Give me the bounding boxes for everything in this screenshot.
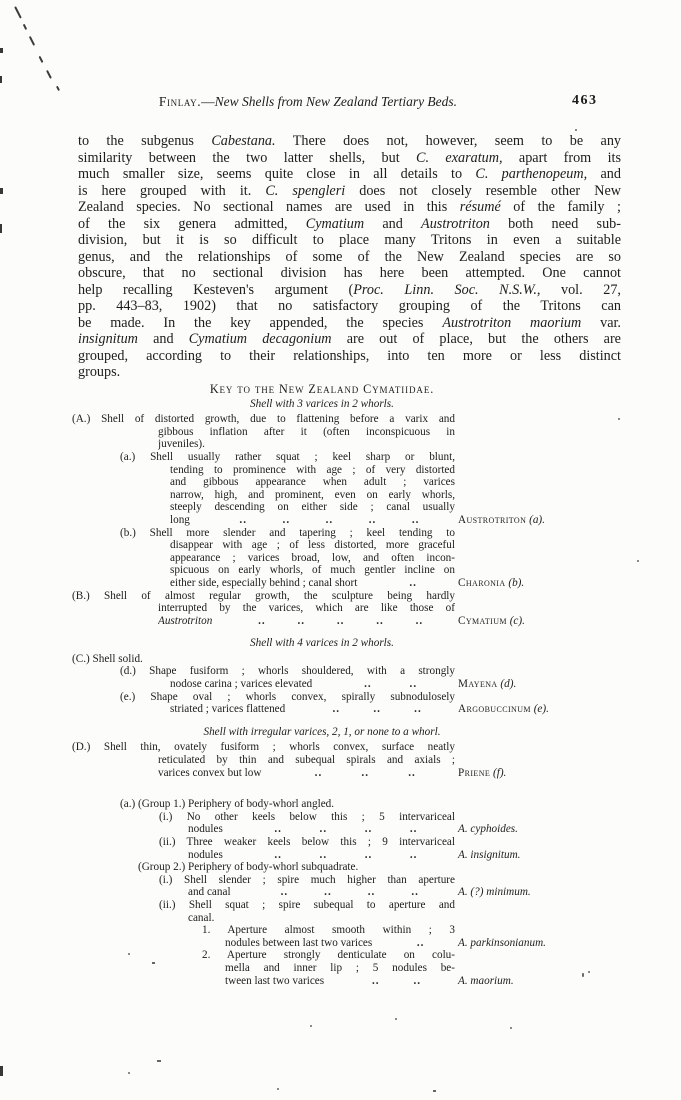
key-entry-body: (Group 2.) Periphery of body-whorl subqu… bbox=[72, 861, 455, 874]
key-line-text: (a.) (Group 1.) Periphery of body-whorl … bbox=[120, 798, 334, 811]
key-entry: (ii.) Shell squat ; spire subequal to ap… bbox=[72, 899, 620, 924]
taxon-name: A. cyphoides. bbox=[458, 823, 518, 836]
key-line: Austrotriton.......... bbox=[158, 615, 455, 628]
key-line: (Group 2.) Periphery of body-whorl subqu… bbox=[138, 861, 455, 874]
text: tween last two varices bbox=[225, 975, 324, 987]
key-entry: (i.) No other keels below this ; 5 inter… bbox=[72, 811, 620, 836]
key-line: nodules........ bbox=[188, 823, 455, 836]
leader-dot-pair: .. bbox=[365, 823, 373, 836]
leader-dot-pair: .. bbox=[364, 678, 372, 691]
scan-edge-mark bbox=[0, 188, 3, 194]
leader-dot-pair: .. bbox=[417, 937, 425, 950]
taxon-genus: Charonia bbox=[458, 577, 506, 589]
key-line: nodules........ bbox=[188, 849, 455, 862]
leader-dot-pair: .. bbox=[274, 849, 282, 862]
key-entry-body: 2. Aperture strongly denticulate on colu… bbox=[72, 949, 455, 987]
text: (Group 2.) Periphery of body-whorl subqu… bbox=[138, 861, 358, 873]
key-line: (a.) (Group 1.) Periphery of body-whorl … bbox=[120, 798, 455, 811]
scan-speck bbox=[128, 1072, 130, 1074]
text: reticulated by thin and subequal spirals… bbox=[158, 754, 455, 766]
key-entry-body: (i.) No other keels below this ; 5 inter… bbox=[72, 811, 455, 836]
text: both need sub- bbox=[490, 216, 621, 232]
leader-dot-pair: .. bbox=[337, 615, 345, 628]
key-entry: (Group 2.) Periphery of body-whorl subqu… bbox=[72, 861, 620, 874]
leader-dot-pair: .. bbox=[373, 703, 381, 716]
text: gibbous inflation after it (often incons… bbox=[158, 426, 455, 438]
key-entry-body: (ii.) Three weaker keels below this ; 9 … bbox=[72, 836, 455, 861]
key-subtitle: Shell with irregular varices, 2, 1, or n… bbox=[72, 726, 572, 739]
text: (ii.) Three weaker keels below this ; 9 … bbox=[159, 836, 455, 848]
scan-speck bbox=[310, 1025, 312, 1027]
paragraph-line: Zealand species. No sectional names are … bbox=[78, 199, 621, 216]
taxon-name: Mayena (d). bbox=[458, 678, 516, 691]
key-line: 2. Aperture strongly denticulate on colu… bbox=[202, 949, 455, 962]
leader-dots: ........ bbox=[245, 886, 455, 899]
leader-dot-pair: .. bbox=[408, 767, 416, 780]
text: to the subgenus bbox=[78, 133, 211, 149]
leader-dot-pair: .. bbox=[376, 615, 384, 628]
text: genus, and the relationships of some of … bbox=[78, 249, 621, 265]
text: (i.) No other keels below this ; 5 inter… bbox=[159, 811, 455, 823]
taxonomic-key: Key to the New Zealand Cymatiidae. Shell… bbox=[72, 383, 620, 987]
text: (a.) (Group 1.) Periphery of body-whorl … bbox=[120, 798, 334, 810]
key-line: steeply descending on either side ; cana… bbox=[170, 501, 455, 514]
taxon-genus: Austrotriton bbox=[458, 514, 526, 526]
taxon-name: A. (?) minimum. bbox=[458, 886, 531, 899]
italic-text: C. parthenopeum, bbox=[475, 166, 587, 182]
key-line: and canal........ bbox=[188, 886, 455, 899]
leader-dot-pair: .. bbox=[315, 767, 323, 780]
key-line: tween last two varices.... bbox=[225, 975, 455, 988]
italic-text: Cabestana. bbox=[211, 133, 275, 149]
key-subtitle: Shell with 3 varices in 2 whorls. bbox=[72, 398, 572, 411]
key-line: gibbous inflation after it (often incons… bbox=[158, 426, 455, 439]
key-line: reticulated by thin and subequal spirals… bbox=[158, 754, 455, 767]
italic-text: C. exaratum, bbox=[416, 150, 503, 166]
scan-speck bbox=[618, 418, 620, 420]
paragraph-line: pp. 443–83, 1902) that no satisfactory g… bbox=[78, 298, 621, 315]
key-line-text: nodules bbox=[188, 823, 223, 836]
key-line: narrow, high, and prominent, even on ear… bbox=[170, 489, 455, 502]
leader-dot-pair: .. bbox=[258, 615, 266, 628]
key-line: canal. bbox=[188, 912, 455, 925]
key-line: (i.) No other keels below this ; 5 inter… bbox=[159, 811, 455, 824]
leader-dots: ...... bbox=[275, 767, 455, 780]
leader-dot-pair: .. bbox=[368, 886, 376, 899]
text: var. bbox=[581, 315, 621, 331]
text: nodules bbox=[188, 823, 223, 835]
leader-dots: .. bbox=[371, 577, 455, 590]
scan-speck bbox=[128, 953, 130, 955]
text: mella and inner lip ; 5 nodules be- bbox=[225, 962, 455, 974]
italic-text: Proc. Linn. Soc. N.S.W. bbox=[353, 282, 537, 298]
key-line-text: varices convex but low bbox=[158, 767, 261, 780]
key-entry-body: (B.) Shell of almost regular growth, the… bbox=[72, 590, 455, 628]
key-line: mella and inner lip ; 5 nodules be- bbox=[225, 962, 455, 975]
key-entry-body: (ii.) Shell squat ; spire subequal to ap… bbox=[72, 899, 455, 924]
leader-dot-pair: .. bbox=[411, 886, 419, 899]
leader-dot-pair: .. bbox=[410, 849, 418, 862]
key-line-text: long bbox=[170, 514, 190, 527]
paragraph-line: of the six genera admitted, Cymatium and… bbox=[78, 216, 621, 233]
scan-speck bbox=[637, 560, 639, 562]
text: apart from its bbox=[503, 150, 621, 166]
paragraph-line: is here grouped with it. C. spengleri do… bbox=[78, 183, 621, 200]
key-line-text: either side, especially behind ; canal s… bbox=[170, 577, 357, 590]
key-entry-body: (i.) Shell slender ; spire much higher t… bbox=[72, 874, 455, 899]
key-line: (ii.) Three weaker keels below this ; 9 … bbox=[159, 836, 455, 849]
leader-dot-pair: .. bbox=[369, 514, 377, 527]
text: striated ; varices flattened bbox=[170, 703, 285, 715]
key-line-text: striated ; varices flattened bbox=[170, 703, 285, 716]
leader-dots: ........ bbox=[237, 823, 455, 836]
scan-scratch bbox=[38, 56, 43, 63]
paragraph-line: much smaller size, seems quite close in … bbox=[78, 166, 621, 183]
leader-dot-pair: .. bbox=[372, 975, 380, 988]
key-entry-body: (a.) (Group 1.) Periphery of body-whorl … bbox=[72, 798, 455, 811]
taxon-qualifier: (a). bbox=[526, 514, 545, 526]
leader-dots: ...... bbox=[299, 703, 455, 716]
key-line-text: canal. bbox=[188, 912, 214, 925]
text: narrow, high, and prominent, even on ear… bbox=[170, 489, 455, 501]
text: varices convex but low bbox=[158, 767, 261, 779]
leader-dot-pair: .. bbox=[365, 849, 373, 862]
text: (D.) Shell thin, ovately fusiform ; whor… bbox=[72, 741, 455, 753]
key-entry: (C.) Shell solid. bbox=[72, 653, 620, 666]
leader-dot-pair: .. bbox=[281, 886, 289, 899]
header-dash: — bbox=[201, 94, 215, 109]
italic-text: C. spengleri bbox=[265, 183, 345, 199]
key-line: interrupted by the varices, which are li… bbox=[158, 602, 455, 615]
text: (e.) Shape oval ; whorls convex, spirall… bbox=[120, 691, 455, 703]
key-entry: (A.) Shell of distorted growth, due to f… bbox=[72, 413, 620, 451]
scan-scratch bbox=[56, 86, 60, 91]
key-entry: (B.) Shell of almost regular growth, the… bbox=[72, 590, 620, 628]
scan-speck bbox=[582, 973, 584, 977]
text: 2. Aperture strongly denticulate on colu… bbox=[202, 949, 455, 961]
taxon-qualifier: A. cyphoides. bbox=[458, 823, 518, 835]
text: interrupted by the varices, which are li… bbox=[158, 602, 455, 614]
taxon-qualifier: (c). bbox=[507, 615, 525, 627]
scan-edge-mark bbox=[0, 224, 2, 233]
text: and bbox=[364, 216, 421, 232]
leader-dot-pair: .. bbox=[283, 514, 291, 527]
scan-scratch bbox=[46, 70, 51, 79]
scan-speck bbox=[588, 971, 590, 973]
leader-dot-pair: .. bbox=[324, 886, 332, 899]
scan-scratch bbox=[14, 6, 21, 18]
key-line-text: (C.) Shell solid. bbox=[72, 653, 143, 666]
key-line: long.......... bbox=[170, 514, 455, 527]
italic-text: Austrotriton bbox=[421, 216, 490, 232]
taxon-name: Charonia (b). bbox=[458, 577, 524, 590]
leader-dots: .. bbox=[386, 937, 455, 950]
leader-dot-pair: .. bbox=[414, 703, 422, 716]
text: and gibbous appearance when adult ; vari… bbox=[170, 476, 455, 488]
key-subtitle: Shell with 4 varices in 2 whorls. bbox=[72, 637, 572, 650]
key-line: (e.) Shape oval ; whorls convex, spirall… bbox=[120, 691, 455, 704]
key-entry: (e.) Shape oval ; whorls convex, spirall… bbox=[72, 691, 620, 716]
leader-dot-pair: .. bbox=[332, 703, 340, 716]
key-entry: (a.) Shell usually rather squat ; keel s… bbox=[72, 451, 620, 527]
scan-edge-mark bbox=[0, 48, 3, 53]
scan-speck bbox=[152, 962, 155, 964]
key-line: (ii.) Shell squat ; spire subequal to ap… bbox=[159, 899, 455, 912]
text: (i.) Shell slender ; spire much higher t… bbox=[159, 874, 455, 886]
key-line-text: juveniles). bbox=[158, 438, 205, 451]
leader-dot-pair: .. bbox=[413, 975, 421, 988]
scan-speck bbox=[510, 1027, 512, 1029]
key-entry: (D.) Shell thin, ovately fusiform ; whor… bbox=[72, 741, 620, 779]
key-entry-body: (C.) Shell solid. bbox=[72, 653, 455, 666]
key-entry-body: (D.) Shell thin, ovately fusiform ; whor… bbox=[72, 741, 455, 779]
taxon-name: Priene (f). bbox=[458, 767, 506, 780]
text: (a.) Shell usually rather squat ; keel s… bbox=[120, 451, 455, 463]
leader-dot-pair: .. bbox=[274, 823, 282, 836]
key-line-text: nodules bbox=[188, 849, 223, 862]
key-line: (A.) Shell of distorted growth, due to f… bbox=[72, 413, 455, 426]
taxon-genus: Priene bbox=[458, 767, 490, 779]
text: is here grouped with it. bbox=[78, 183, 265, 199]
scan-speck bbox=[157, 1060, 161, 1062]
taxon-genus: Mayena bbox=[458, 678, 498, 690]
taxon-qualifier: (d). bbox=[498, 678, 517, 690]
text: are out of place, but the others are bbox=[332, 331, 621, 347]
taxon-genus: Argobuccinum bbox=[458, 703, 531, 715]
text: be made. In the key appended, the specie… bbox=[78, 315, 442, 331]
paragraph-line: groups. bbox=[78, 364, 621, 381]
scan-speck bbox=[395, 1018, 397, 1020]
key-line: appearance ; varices broad, low, and oft… bbox=[170, 552, 455, 565]
text: pp. 443–83, 1902) that no satisfactory g… bbox=[78, 298, 621, 314]
taxon-qualifier: (b). bbox=[506, 577, 525, 589]
taxon-name: Argobuccinum (e). bbox=[458, 703, 549, 716]
text: nodose carina ; varices elevated bbox=[170, 678, 312, 690]
text: similarity between the two latter shells… bbox=[78, 150, 416, 166]
leader-dot-pair: .. bbox=[409, 577, 417, 590]
paragraph-line: grouped, according to their relationship… bbox=[78, 348, 621, 365]
italic-text: Austrotriton maorium bbox=[442, 315, 581, 331]
leader-dots: ........ bbox=[237, 849, 455, 862]
taxon-name: Cymatium (c). bbox=[458, 615, 525, 628]
key-entry: (d.) Shape fusiform ; whorls shouldered,… bbox=[72, 665, 620, 690]
leader-dot-pair: .. bbox=[297, 615, 305, 628]
paragraph-line: help recalling Kesteven's argument (Proc… bbox=[78, 282, 621, 299]
text: tending to prominence with age ; of very… bbox=[170, 464, 455, 476]
key-line: (a.) Shell usually rather squat ; keel s… bbox=[120, 451, 455, 464]
key-line: (D.) Shell thin, ovately fusiform ; whor… bbox=[72, 741, 455, 754]
key-line: (i.) Shell slender ; spire much higher t… bbox=[159, 874, 455, 887]
text: groups. bbox=[78, 364, 120, 380]
italic-text: Cymatium bbox=[306, 216, 364, 232]
text: nodules bbox=[188, 849, 223, 861]
text: canal. bbox=[188, 912, 214, 924]
scan-edge-mark bbox=[0, 1066, 3, 1076]
key-section: (C.) Shell solid.(d.) Shape fusiform ; w… bbox=[72, 653, 620, 716]
key-line: and gibbous appearance when adult ; vari… bbox=[170, 476, 455, 489]
text: disappear with age ; of less distorted, … bbox=[170, 539, 455, 551]
key-section: (A.) Shell of distorted growth, due to f… bbox=[72, 413, 620, 627]
text: (A.) Shell of distorted growth, due to f… bbox=[72, 413, 455, 425]
text: juveniles). bbox=[158, 438, 205, 450]
leader-dot-pair: .. bbox=[412, 514, 420, 527]
taxon-genus: Cymatium bbox=[458, 615, 507, 627]
leader-dots: .......... bbox=[204, 514, 455, 527]
text: and bbox=[587, 166, 621, 182]
taxon-name: A. insignitum. bbox=[458, 849, 520, 862]
leader-dots: .......... bbox=[226, 615, 455, 628]
key-heading: Key to the New Zealand Cymatiidae. bbox=[72, 383, 572, 396]
key-entry: (ii.) Three weaker keels below this ; 9 … bbox=[72, 836, 620, 861]
text: 1. Aperture almost smooth within ; 3 bbox=[202, 924, 455, 936]
taxon-qualifier: (f). bbox=[490, 767, 506, 779]
paragraph-line: division, but it is so difficult to plac… bbox=[78, 232, 621, 249]
paragraph-line: to the subgenus Cabestana. There does no… bbox=[78, 133, 621, 150]
key-entry-body: 1. Aperture almost smooth within ; 3nodu… bbox=[72, 924, 455, 949]
key-line-text: nodose carina ; varices elevated bbox=[170, 678, 312, 691]
key-line: disappear with age ; of less distorted, … bbox=[170, 539, 455, 552]
key-entry: 2. Aperture strongly denticulate on colu… bbox=[72, 949, 620, 987]
text: obscure, that no sectional division has … bbox=[78, 265, 621, 281]
text: does not closely resemble other New bbox=[345, 183, 621, 199]
text: steeply descending on either side ; cana… bbox=[170, 501, 455, 513]
key-line: nodose carina ; varices elevated.... bbox=[170, 678, 455, 691]
text: of the six genera admitted, bbox=[78, 216, 306, 232]
taxon-qualifier: A. parkinsonianum. bbox=[458, 937, 546, 949]
key-entry: (b.) Shell more slender and tapering ; k… bbox=[72, 527, 620, 590]
text: (ii.) Shell squat ; spire subequal to ap… bbox=[159, 899, 455, 911]
leader-dot-pair: .. bbox=[361, 767, 369, 780]
leader-dot-pair: .. bbox=[326, 514, 334, 527]
body-paragraph: to the subgenus Cabestana. There does no… bbox=[78, 133, 621, 381]
scan-speck bbox=[575, 129, 577, 131]
key-line: (d.) Shape fusiform ; whorls shouldered,… bbox=[120, 665, 455, 678]
key-line-text: (Group 2.) Periphery of body-whorl subqu… bbox=[138, 861, 358, 874]
text: long bbox=[170, 514, 190, 526]
key-line-text: tween last two varices bbox=[225, 975, 324, 988]
leader-dot-pair: .. bbox=[410, 823, 418, 836]
paragraph-line: insignitum and Cymatium decagonium are o… bbox=[78, 331, 621, 348]
taxon-name: Austrotriton (a). bbox=[458, 514, 545, 527]
scan-speck bbox=[277, 1088, 279, 1090]
key-entry-body: (e.) Shape oval ; whorls convex, spirall… bbox=[72, 691, 455, 716]
text: appearance ; varices broad, low, and oft… bbox=[170, 552, 455, 564]
key-line-text: Austrotriton bbox=[158, 615, 212, 628]
key-line-text: and canal bbox=[188, 886, 231, 899]
key-entry-body: (b.) Shell more slender and tapering ; k… bbox=[72, 527, 455, 590]
text: spicuous on early whorls, of much gentle… bbox=[170, 564, 455, 576]
text: (B.) Shell of almost regular growth, the… bbox=[72, 590, 455, 602]
leader-dot-pair: .. bbox=[320, 849, 328, 862]
text: (C.) Shell solid. bbox=[72, 653, 143, 665]
text: (b.) Shell more slender and tapering ; k… bbox=[120, 527, 455, 539]
text: Zealand species. No sectional names are … bbox=[78, 199, 460, 215]
text: , vol. 27, bbox=[537, 282, 621, 298]
key-entry-body: (A.) Shell of distorted growth, due to f… bbox=[72, 413, 455, 451]
key-entry-body: (d.) Shape fusiform ; whorls shouldered,… bbox=[72, 665, 455, 690]
key-line: (b.) Shell more slender and tapering ; k… bbox=[120, 527, 455, 540]
text: grouped, according to their relationship… bbox=[78, 348, 621, 364]
paragraph-line: be made. In the key appended, the specie… bbox=[78, 315, 621, 332]
key-line: varices convex but low...... bbox=[158, 767, 455, 780]
text: either side, especially behind ; canal s… bbox=[170, 577, 357, 589]
text: and canal bbox=[188, 886, 231, 898]
leader-dot-pair: .. bbox=[320, 823, 328, 836]
leader-dot-pair: .. bbox=[410, 678, 418, 691]
running-header: Finlay.—New Shells from New Zealand Tert… bbox=[78, 94, 538, 110]
scan-speck bbox=[433, 1090, 436, 1092]
paragraph-line: obscure, that no sectional division has … bbox=[78, 265, 621, 282]
text: nodules between last two varices bbox=[225, 937, 372, 949]
leader-dot-pair: .. bbox=[416, 615, 424, 628]
paragraph-line: genus, and the relationships of some of … bbox=[78, 249, 621, 266]
key-section: (a.) (Group 1.) Periphery of body-whorl … bbox=[72, 798, 620, 987]
key-entry: (i.) Shell slender ; spire much higher t… bbox=[72, 874, 620, 899]
key-line: spicuous on early whorls, of much gentle… bbox=[170, 564, 455, 577]
key-line: (B.) Shell of almost regular growth, the… bbox=[72, 590, 455, 603]
scanned-page: Finlay.—New Shells from New Zealand Tert… bbox=[0, 0, 681, 1100]
leader-dots: .... bbox=[326, 678, 455, 691]
scan-scratch bbox=[23, 24, 27, 30]
taxon-name: A. parkinsonianum. bbox=[458, 937, 546, 950]
header-title: New Shells from New Zealand Tertiary Bed… bbox=[215, 94, 457, 109]
taxon-qualifier: (e). bbox=[531, 703, 549, 715]
taxon-qualifier: A. (?) minimum. bbox=[458, 886, 531, 898]
key-line-text: nodules between last two varices bbox=[225, 937, 372, 950]
key-line: 1. Aperture almost smooth within ; 3 bbox=[202, 924, 455, 937]
text: help recalling Kesteven's argument ( bbox=[78, 282, 353, 298]
key-line: nodules between last two varices.. bbox=[225, 937, 455, 950]
key-line: tending to prominence with age ; of very… bbox=[170, 464, 455, 477]
taxon-name: A. maorium. bbox=[458, 975, 514, 988]
italic-text: Cymatium decagonium bbox=[189, 331, 332, 347]
text: There does not, however, seem to be any bbox=[276, 133, 621, 149]
key-sections: Shell with 3 varices in 2 whorls.(A.) Sh… bbox=[72, 398, 620, 988]
key-line: juveniles). bbox=[158, 438, 455, 451]
key-line: either side, especially behind ; canal s… bbox=[170, 577, 455, 590]
key-section: (D.) Shell thin, ovately fusiform ; whor… bbox=[72, 741, 620, 779]
leader-dot-pair: .. bbox=[239, 514, 247, 527]
key-line: (C.) Shell solid. bbox=[72, 653, 455, 666]
italic-text: Austrotriton bbox=[158, 615, 212, 627]
text: division, but it is so difficult to plac… bbox=[78, 232, 621, 248]
key-entry-body: (a.) Shell usually rather squat ; keel s… bbox=[72, 451, 455, 527]
leader-dots: .... bbox=[338, 975, 455, 988]
scan-edge-mark bbox=[0, 76, 2, 83]
scan-scratch bbox=[29, 36, 35, 46]
key-line: striated ; varices flattened...... bbox=[170, 703, 455, 716]
italic-text: insignitum bbox=[78, 331, 138, 347]
page-number: 463 bbox=[572, 93, 598, 109]
text: of the family ; bbox=[501, 199, 621, 215]
text: (d.) Shape fusiform ; whorls shouldered,… bbox=[120, 665, 455, 677]
paragraph-line: similarity between the two latter shells… bbox=[78, 150, 621, 167]
text: and bbox=[138, 331, 189, 347]
italic-text: résumé bbox=[460, 199, 501, 215]
header-author: Finlay. bbox=[159, 94, 201, 109]
key-entry: (a.) (Group 1.) Periphery of body-whorl … bbox=[72, 798, 620, 811]
text: much smaller size, seems quite close in … bbox=[78, 166, 475, 182]
key-entry: 1. Aperture almost smooth within ; 3nodu… bbox=[72, 924, 620, 949]
taxon-qualifier: A. insignitum. bbox=[458, 849, 520, 861]
taxon-qualifier: A. maorium. bbox=[458, 975, 514, 987]
